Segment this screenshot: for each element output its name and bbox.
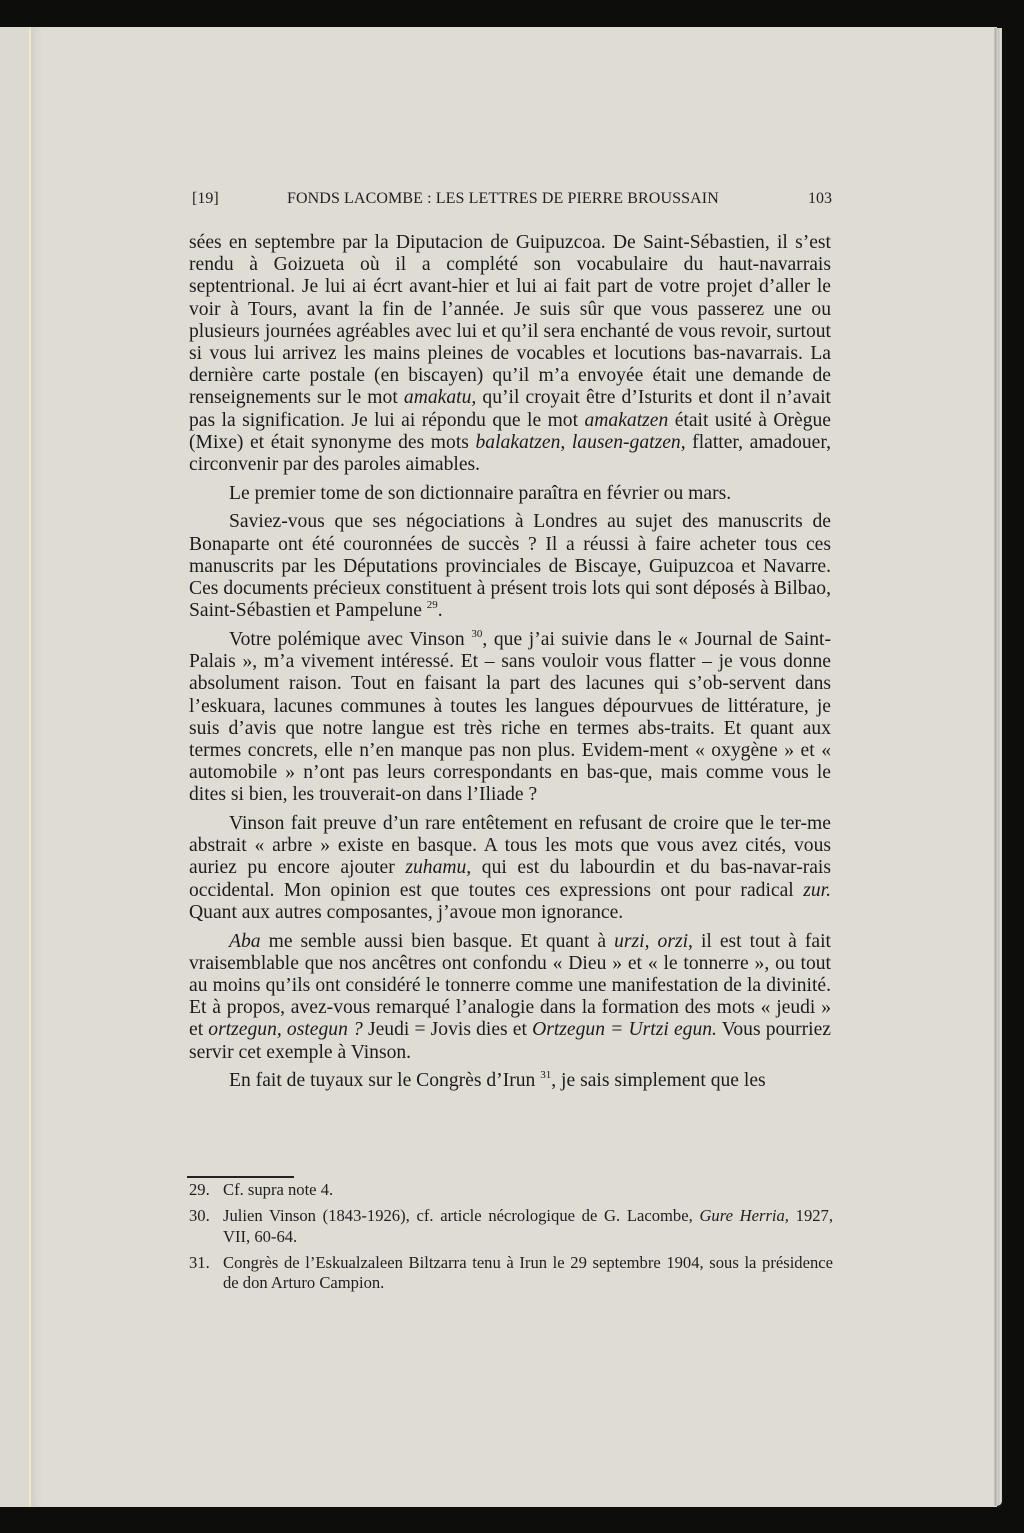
italic-term: Ortzegun = Urtzi egun.: [532, 1019, 717, 1040]
footnote-number: 31.: [189, 1253, 223, 1294]
facing-page-edge: [0, 27, 30, 1507]
paragraph: sées en septembre par la Diputacion de G…: [189, 232, 831, 476]
text-run: .: [438, 600, 443, 621]
italic-term: urzi, orzi,: [614, 931, 693, 952]
text-run: Julien Vinson (1843-1926), cf. article n…: [223, 1206, 699, 1225]
footnote: 29.Cf. supra note 4.: [189, 1180, 833, 1201]
italic-term: zuhamu,: [405, 857, 471, 878]
text-run: Cf. supra note 4.: [223, 1180, 333, 1199]
text-run: En fait de tuyaux sur le Congrès d’Irun: [229, 1070, 540, 1091]
footnote-ref: 31: [540, 1069, 551, 1081]
text-run: Votre polémique avec Vinson: [229, 629, 471, 650]
footnote-text: Cf. supra note 4.: [223, 1180, 833, 1201]
text-run: me semble aussi bien basque. Et quant à: [261, 931, 615, 952]
text-run: Congrès de l’Eskualzaleen Biltzarra tenu…: [223, 1253, 833, 1293]
page-stack-edge: [994, 28, 1002, 1506]
footnote-ref: 29: [427, 599, 438, 611]
footnote-number: 29.: [189, 1180, 223, 1201]
running-title: FONDS LACOMBE : LES LETTRES DE PIERRE BR…: [287, 190, 719, 208]
text-run: Jeudi = Jovis dies et: [363, 1019, 532, 1040]
footnote-rule: [187, 1176, 294, 1178]
paragraph: Le premier tome de son dictionnaire para…: [189, 483, 831, 505]
footnote-number: 30.: [189, 1206, 223, 1247]
footnotes: 29.Cf. supra note 4.30.Julien Vinson (18…: [189, 1180, 833, 1299]
footnote-text: Congrès de l’Eskualzaleen Biltzarra tenu…: [223, 1253, 833, 1294]
text-run: sées en septembre par la Diputacion de G…: [189, 232, 831, 408]
main-text: sées en septembre par la Diputacion de G…: [189, 232, 831, 1099]
text-run: Le premier tome de son dictionnaire para…: [229, 483, 731, 504]
italic-term: ortzegun, ostegun ?: [208, 1019, 363, 1040]
paragraph: Votre polémique avec Vinson 30, que j’ai…: [189, 629, 831, 807]
footnote-text: Julien Vinson (1843-1926), cf. article n…: [223, 1206, 833, 1247]
italic-term: Gure Herria,: [699, 1206, 789, 1225]
italic-term: balakatzen, lausen-gatzen,: [476, 432, 686, 453]
italic-term: zur.: [803, 880, 831, 901]
running-head: [19] FONDS LACOMBE : LES LETTRES DE PIER…: [192, 190, 834, 212]
text-run: , je sais simplement que les: [551, 1070, 765, 1091]
footnote: 30.Julien Vinson (1843-1926), cf. articl…: [189, 1206, 833, 1247]
paragraph: Vinson fait preuve d’un rare entêtement …: [189, 813, 831, 924]
text-run: , que j’ai suivie dans le « Journal de S…: [189, 629, 831, 805]
text-run: Saviez-vous que ses négociations à Londr…: [189, 511, 831, 621]
footnote: 31.Congrès de l’Eskualzaleen Biltzarra t…: [189, 1253, 833, 1294]
paragraph: En fait de tuyaux sur le Congrès d’Irun …: [189, 1070, 831, 1092]
footnote-ref: 30: [471, 628, 482, 640]
paragraph: Aba me semble aussi bien basque. Et quan…: [189, 931, 831, 1064]
italic-term: Aba: [229, 931, 261, 952]
page-number: 103: [808, 190, 832, 208]
text-run: Quant aux autres composantes, j’avoue mo…: [189, 902, 623, 923]
section-number: [19]: [192, 190, 219, 208]
paragraph: Saviez-vous que ses négociations à Londr…: [189, 511, 831, 622]
italic-term: amakatu,: [404, 387, 476, 408]
italic-term: amakatzen: [584, 410, 668, 431]
